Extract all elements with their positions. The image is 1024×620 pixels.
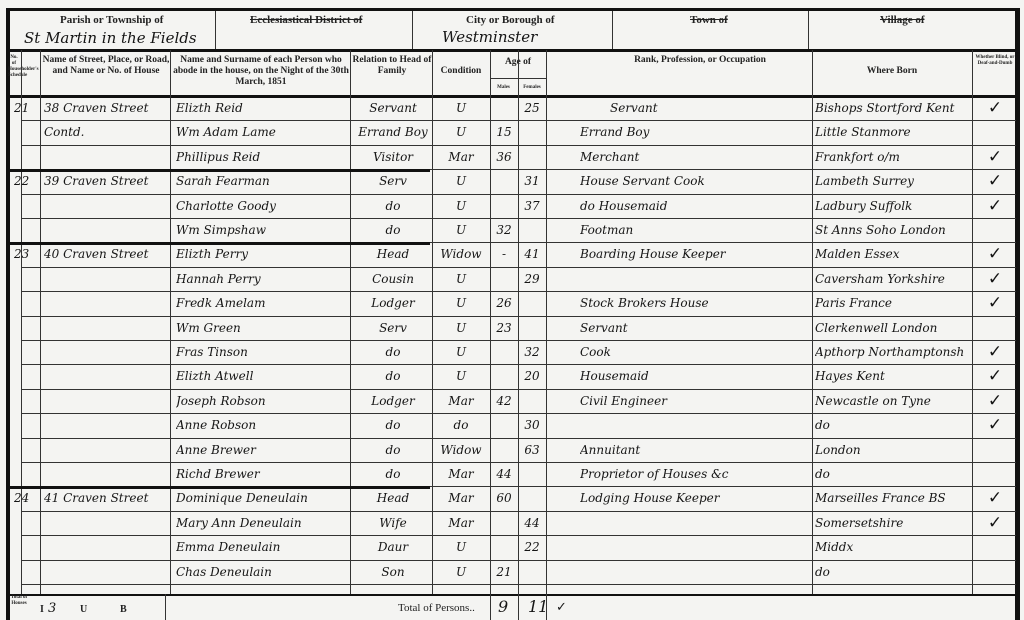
person-name: Richd Brewer <box>176 467 348 481</box>
condition: U <box>434 540 488 554</box>
total-tick-icon: ✓ <box>556 599 567 615</box>
where-born: St Anns Soho London <box>815 223 971 237</box>
relation: Serv <box>356 174 430 188</box>
person-name: Wm Simpshaw <box>176 223 348 237</box>
grid-line <box>21 194 1016 195</box>
grid-line <box>21 413 1016 414</box>
where-born: Marseilles France BS <box>815 491 971 505</box>
relation: Lodger <box>356 296 430 310</box>
street-address: 39 Craven Street <box>44 174 168 188</box>
condition: Mar <box>434 150 488 164</box>
relation: Head <box>356 491 430 505</box>
grid-line <box>350 50 351 596</box>
grid-line <box>21 316 1016 317</box>
where-born: Paris France <box>815 296 971 310</box>
condition: U <box>434 199 488 213</box>
age-male: 23 <box>490 321 518 335</box>
relation: do <box>356 369 430 383</box>
condition: Mar <box>434 394 488 408</box>
occupation: House Servant Cook <box>580 174 810 188</box>
age-male: 42 <box>490 394 518 408</box>
person-name: Dominique Deneulain <box>176 491 348 505</box>
relation: do <box>356 418 430 432</box>
condition: do <box>434 418 488 432</box>
age-male: 36 <box>490 150 518 164</box>
relation: Lodger <box>356 394 430 408</box>
person-name: Emma Deneulain <box>176 540 348 554</box>
grid-line <box>165 594 166 620</box>
person-name: Elizth Atwell <box>176 369 348 383</box>
street-address: 41 Craven Street <box>44 491 168 505</box>
grid-line <box>10 49 1016 52</box>
where-born: Little Stanmore <box>815 125 971 139</box>
relation: do <box>356 199 430 213</box>
parish-value: St Martin in the Fields <box>24 29 197 47</box>
street-address: Contd. <box>44 125 168 139</box>
occupation: Civil Engineer <box>580 394 810 408</box>
condition: Widow <box>434 247 488 261</box>
relation: do <box>356 467 430 481</box>
condition: U <box>434 223 488 237</box>
relation: Son <box>356 565 430 579</box>
col-occupation: Rank, Profession, or Occupation <box>600 55 800 66</box>
condition: Mar <box>434 467 488 481</box>
grid-line <box>21 560 1016 561</box>
grid-line <box>972 50 973 596</box>
grid-line <box>518 50 519 596</box>
blind-deaf-mark: ✓ <box>975 366 1015 386</box>
blind-deaf-mark: ✓ <box>975 98 1015 118</box>
relation: do <box>356 223 430 237</box>
blind-deaf-mark: ✓ <box>975 488 1015 508</box>
col-males: Males <box>490 82 517 93</box>
col-street: Name of Street, Place, or Road, and Name… <box>42 55 170 77</box>
relation: do <box>356 345 430 359</box>
age-female: 37 <box>518 199 546 213</box>
person-name: Hannah Perry <box>176 272 348 286</box>
street-address: 38 Craven Street <box>44 101 168 115</box>
age-female: 44 <box>518 516 546 530</box>
grid-line <box>21 364 1016 365</box>
where-born: London <box>815 443 971 457</box>
where-born: Hayes Kent <box>815 369 971 383</box>
condition: Mar <box>434 516 488 530</box>
age-female: 20 <box>518 369 546 383</box>
where-born: Caversham Yorkshire <box>815 272 971 286</box>
grid-line <box>21 267 1016 268</box>
age-male: 44 <box>490 467 518 481</box>
age-male: 15 <box>490 125 518 139</box>
condition: U <box>434 125 488 139</box>
grid-line <box>490 594 491 620</box>
col-blind: Whether Blind, or Deaf-and-Dumb <box>974 55 1016 67</box>
age-female: 63 <box>518 443 546 457</box>
grid-line <box>21 511 1016 512</box>
occupation: Annuitant <box>580 443 810 457</box>
parish-label: Parish or Township of <box>60 14 163 26</box>
houses-label: Total of Houses <box>8 595 30 607</box>
where-born: Apthorp Northamptonsh <box>815 345 971 359</box>
total-females: 11 <box>528 597 548 616</box>
inhabited-value: 3 <box>48 601 56 616</box>
blind-deaf-mark: ✓ <box>975 171 1015 191</box>
total-males: 9 <box>498 597 508 616</box>
city-label: City or Borough of <box>466 14 555 26</box>
condition: U <box>434 296 488 310</box>
where-born: Bishops Stortford Kent <box>815 101 971 115</box>
condition: U <box>434 565 488 579</box>
relation: Daur <box>356 540 430 554</box>
city-value: Westminster <box>442 28 537 46</box>
where-born: Newcastle on Tyne <box>815 394 971 408</box>
grid-line <box>21 291 1016 292</box>
age-female: 32 <box>518 345 546 359</box>
occupation: Cook <box>580 345 810 359</box>
grid-line <box>170 50 171 596</box>
total-persons-label: Total of Persons.. <box>398 602 475 614</box>
grid-line <box>21 438 1016 439</box>
condition: U <box>434 272 488 286</box>
occupation: Boarding House Keeper <box>580 247 810 261</box>
age-female: 30 <box>518 418 546 432</box>
occupation: Stock Brokers House <box>580 296 810 310</box>
person-name: Wm Green <box>176 321 348 335</box>
age-male: 21 <box>490 565 518 579</box>
relation: Cousin <box>356 272 430 286</box>
schedule-no: 23 <box>14 247 40 261</box>
person-name: Fras Tinson <box>176 345 348 359</box>
grid-line <box>21 218 1016 219</box>
blind-deaf-mark: ✓ <box>975 196 1015 216</box>
building-label: B <box>120 604 127 615</box>
grid-line <box>10 594 1016 596</box>
uninhabited-label: U <box>80 604 87 615</box>
where-born: do <box>815 418 971 432</box>
person-name: Sarah Fearman <box>176 174 348 188</box>
where-born: Frankfort o/m <box>815 150 971 164</box>
relation: Head <box>356 247 430 261</box>
person-name: Anne Robson <box>176 418 348 432</box>
condition: Mar <box>434 491 488 505</box>
relation: Serv <box>356 321 430 335</box>
condition: Widow <box>434 443 488 457</box>
col-females: Females <box>518 82 546 93</box>
blind-deaf-mark: ✓ <box>975 147 1015 167</box>
age-male: 32 <box>490 223 518 237</box>
person-name: Elizth Reid <box>176 101 348 115</box>
person-name: Wm Adam Lame <box>176 125 348 139</box>
person-name: Elizth Perry <box>176 247 348 261</box>
grid-line <box>490 78 546 79</box>
blind-deaf-mark: ✓ <box>975 342 1015 362</box>
grid-line <box>812 50 813 596</box>
blind-deaf-mark: ✓ <box>975 513 1015 533</box>
grid-line <box>21 462 1016 463</box>
person-name: Joseph Robson <box>176 394 348 408</box>
grid-line <box>21 145 1016 146</box>
occupation: Merchant <box>580 150 810 164</box>
grid-line <box>10 486 430 489</box>
condition: U <box>434 369 488 383</box>
grid-line <box>21 389 1016 390</box>
grid-line <box>546 50 547 596</box>
age-female: 29 <box>518 272 546 286</box>
blind-deaf-mark: ✓ <box>975 269 1015 289</box>
age-male: - <box>490 247 518 261</box>
col-where-born: Where Born <box>812 66 972 77</box>
grid-line <box>40 50 41 596</box>
where-born: Somersetshire <box>815 516 971 530</box>
inhabited-prefix: I <box>40 604 44 615</box>
blind-deaf-mark: ✓ <box>975 415 1015 435</box>
relation: Errand Boy <box>356 125 430 139</box>
col-schedule-no: No. of Householder's Schedule <box>8 55 20 79</box>
age-female: 41 <box>518 247 546 261</box>
person-name: Chas Deneulain <box>176 565 348 579</box>
where-born: Ladbury Suffolk <box>815 199 971 213</box>
grid-line <box>612 11 613 49</box>
age-male: 60 <box>490 491 518 505</box>
where-born: Malden Essex <box>815 247 971 261</box>
blind-deaf-mark: ✓ <box>975 293 1015 313</box>
where-born: Middx <box>815 540 971 554</box>
occupation: Servant <box>580 321 810 335</box>
street-address: 40 Craven Street <box>44 247 168 261</box>
grid-line <box>518 594 519 620</box>
col-name: Name and Surname of each Person who abod… <box>173 55 349 88</box>
person-name: Fredk Amelam <box>176 296 348 310</box>
person-name: Mary Ann Deneulain <box>176 516 348 530</box>
grid-line <box>808 11 809 49</box>
grid-line <box>215 11 216 49</box>
grid-line <box>21 584 1016 585</box>
occupation: Lodging House Keeper <box>580 491 810 505</box>
grid-line <box>21 340 1016 341</box>
condition: U <box>434 321 488 335</box>
where-born: do <box>815 467 971 481</box>
grid-line <box>21 50 22 596</box>
where-born: Clerkenwell London <box>815 321 971 335</box>
village-label: Village of <box>880 14 925 26</box>
occupation: Housemaid <box>580 369 810 383</box>
ecclesiastical-label: Ecclesiastical District of <box>250 14 362 26</box>
occupation: Footman <box>580 223 810 237</box>
grid-line <box>10 242 430 245</box>
relation: do <box>356 443 430 457</box>
col-relation: Relation to Head of Family <box>352 55 432 77</box>
condition: U <box>434 101 488 115</box>
relation: Servant <box>356 101 430 115</box>
age-female: 31 <box>518 174 546 188</box>
occupation: do Housemaid <box>580 199 810 213</box>
condition: U <box>434 174 488 188</box>
where-born: Lambeth Surrey <box>815 174 971 188</box>
schedule-no: 24 <box>14 491 40 505</box>
occupation: Errand Boy <box>580 125 810 139</box>
grid-line <box>412 11 413 49</box>
relation: Visitor <box>356 150 430 164</box>
col-condition: Condition <box>432 66 490 77</box>
age-female: 25 <box>518 101 546 115</box>
age-female: 22 <box>518 540 546 554</box>
blind-deaf-mark: ✓ <box>975 391 1015 411</box>
grid-line <box>21 535 1016 536</box>
condition: U <box>434 345 488 359</box>
grid-line <box>21 120 1016 121</box>
age-male: 26 <box>490 296 518 310</box>
blind-deaf-mark: ✓ <box>975 244 1015 264</box>
person-name: Charlotte Goody <box>176 199 348 213</box>
grid-line <box>432 50 433 596</box>
person-name: Phillipus Reid <box>176 150 348 164</box>
grid-line <box>10 95 1016 98</box>
schedule-no: 21 <box>14 101 40 115</box>
occupation: Proprietor of Houses &c <box>580 467 810 481</box>
town-label: Town of <box>690 14 728 26</box>
person-name: Anne Brewer <box>176 443 348 457</box>
parish-label-text: Parish or Township of <box>60 14 163 26</box>
grid-line <box>10 169 430 172</box>
where-born: do <box>815 565 971 579</box>
relation: Wife <box>356 516 430 530</box>
schedule-no: 22 <box>14 174 40 188</box>
occupation: Servant <box>610 101 840 115</box>
